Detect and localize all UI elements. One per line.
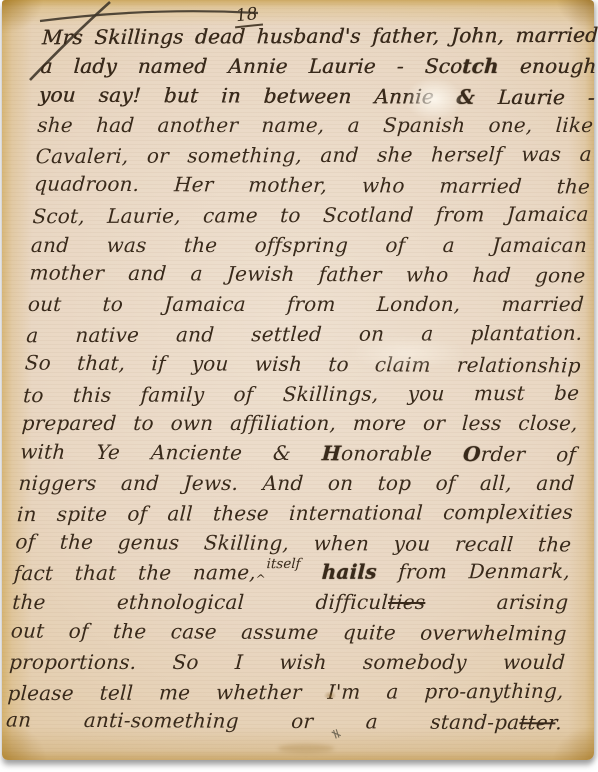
text-segment: fact that the name, — [13, 561, 256, 586]
text-segment: Cavaleri, or something, and she herself … — [35, 142, 592, 168]
paper-stain-streak — [278, 744, 334, 753]
text-segment: the ethnological difficul — [12, 590, 389, 614]
text-segment: niggers and Jews. And on top of all, and — [18, 471, 575, 495]
letter-page: 18 Mrs Skillings dead husband's father, … — [2, 0, 594, 760]
text-segment: & — [456, 84, 476, 108]
text-segment: hails — [321, 560, 377, 584]
letter-line: niggers and Jews. And on top of all, and — [18, 469, 576, 499]
text-segment: and was the offspring of a Jamaican — [30, 233, 587, 257]
text-segment: Mrs Skillings dead husband's father, Joh… — [41, 23, 598, 49]
text-segment: she had another name, a Spanish one, lik… — [37, 113, 594, 137]
text-segment: . — [555, 711, 563, 735]
letter-line: proportions. So I wish somebody would — [8, 648, 566, 678]
letter-line: an anti-something or a stand-patter. — [5, 706, 563, 739]
text-segment: proportions. So I wish somebody would — [9, 650, 566, 674]
text-segment: to this family of Skillings, you must be — [23, 380, 580, 406]
letter-line: a lady named Annie Laurie - Scotch enoug… — [40, 52, 598, 82]
letter-line: mother and a Jewish father who had gone — [29, 259, 587, 292]
letter-line: to this family of Skillings, you must be — [22, 378, 580, 410]
text-segment: you say! but in between Annie — [38, 82, 457, 108]
letter-line: out to Jamaica from London, married — [27, 290, 585, 320]
text-segment: tch — [462, 54, 500, 78]
letter-line: and was the offspring of a Jamaican — [30, 231, 588, 261]
text-segment: in spite of all these international comp… — [16, 500, 573, 526]
letter-line: quadroon. Her mother, who married the — [33, 170, 591, 203]
text-segment: of the genus Skilling, when you recall t… — [15, 529, 572, 556]
letter-body: Mrs Skillings dead husband's father, Joh… — [5, 22, 598, 737]
text-segment: ^ — [255, 572, 266, 586]
text-segment: So that, if you wish to claim relationsh… — [24, 350, 581, 377]
text-segment: O — [462, 442, 481, 466]
text-segment: with Ye Anciente & — [20, 440, 323, 466]
text-segment: ties — [387, 590, 426, 614]
text-segment: Scot, Laurie, came to Scotland from Jama… — [32, 202, 589, 228]
text-segment: an anti-something or a stand-pa — [5, 708, 520, 735]
text-segment: rder of — [480, 442, 577, 466]
text-segment: itself — [266, 556, 301, 572]
text-segment: from Denmark, — [376, 559, 570, 584]
letter-line: a native and settled on a plantation. — [26, 319, 584, 351]
text-segment: mother and a Jewish father who had gone — [29, 261, 586, 288]
letter-line: please tell me whether I'm a pro-anythin… — [7, 676, 565, 708]
letter-line: Mrs Skillings dead husband's father, Joh… — [41, 21, 598, 53]
letter-line: you say! but in between Annie & Laurie - — [38, 80, 596, 113]
letter-line: with Ye Anciente & Honorable Order of — [19, 438, 577, 471]
text-segment: arising — [425, 590, 569, 614]
text-segment: Laurie - — [474, 84, 595, 109]
letter-line: in spite of all these international comp… — [16, 498, 574, 530]
letter-line: the ethnological difficulties arising — [12, 588, 570, 618]
text-segment: a lady named Annie Laurie - Sco — [40, 54, 463, 78]
text-segment: a native and settled on a plantation. — [26, 321, 583, 347]
letter-line: Scot, Laurie, came to Scotland from Jama… — [32, 200, 590, 232]
text-segment — [300, 560, 323, 584]
text-segment: tter — [519, 711, 556, 735]
text-segment: out of the case assume quite overwhelmin… — [10, 618, 567, 645]
letter-line: out of the case assume quite overwhelmin… — [10, 616, 568, 649]
letter-line: Cavaleri, or something, and she herself … — [35, 140, 593, 172]
text-segment: please tell me whether I'm a pro-anythin… — [7, 678, 564, 704]
text-segment: enough — [498, 54, 597, 78]
text-segment: onorable — [340, 441, 463, 466]
text-segment: prepared to own affiliation, more or les… — [21, 411, 578, 435]
letter-line: of the genus Skilling, when you recall t… — [15, 527, 573, 560]
text-segment: H — [321, 441, 341, 465]
letter-line: she had another name, a Spanish one, lik… — [36, 111, 594, 141]
text-segment: out to Jamaica from London, married — [27, 292, 584, 316]
letter-line: prepared to own affiliation, more or les… — [21, 409, 579, 439]
letter-line: So that, if you wish to claim relationsh… — [24, 348, 582, 381]
text-segment: quadroon. Her mother, who married the — [34, 172, 591, 199]
letter-line: fact that the name,^itself hails from De… — [13, 557, 571, 589]
